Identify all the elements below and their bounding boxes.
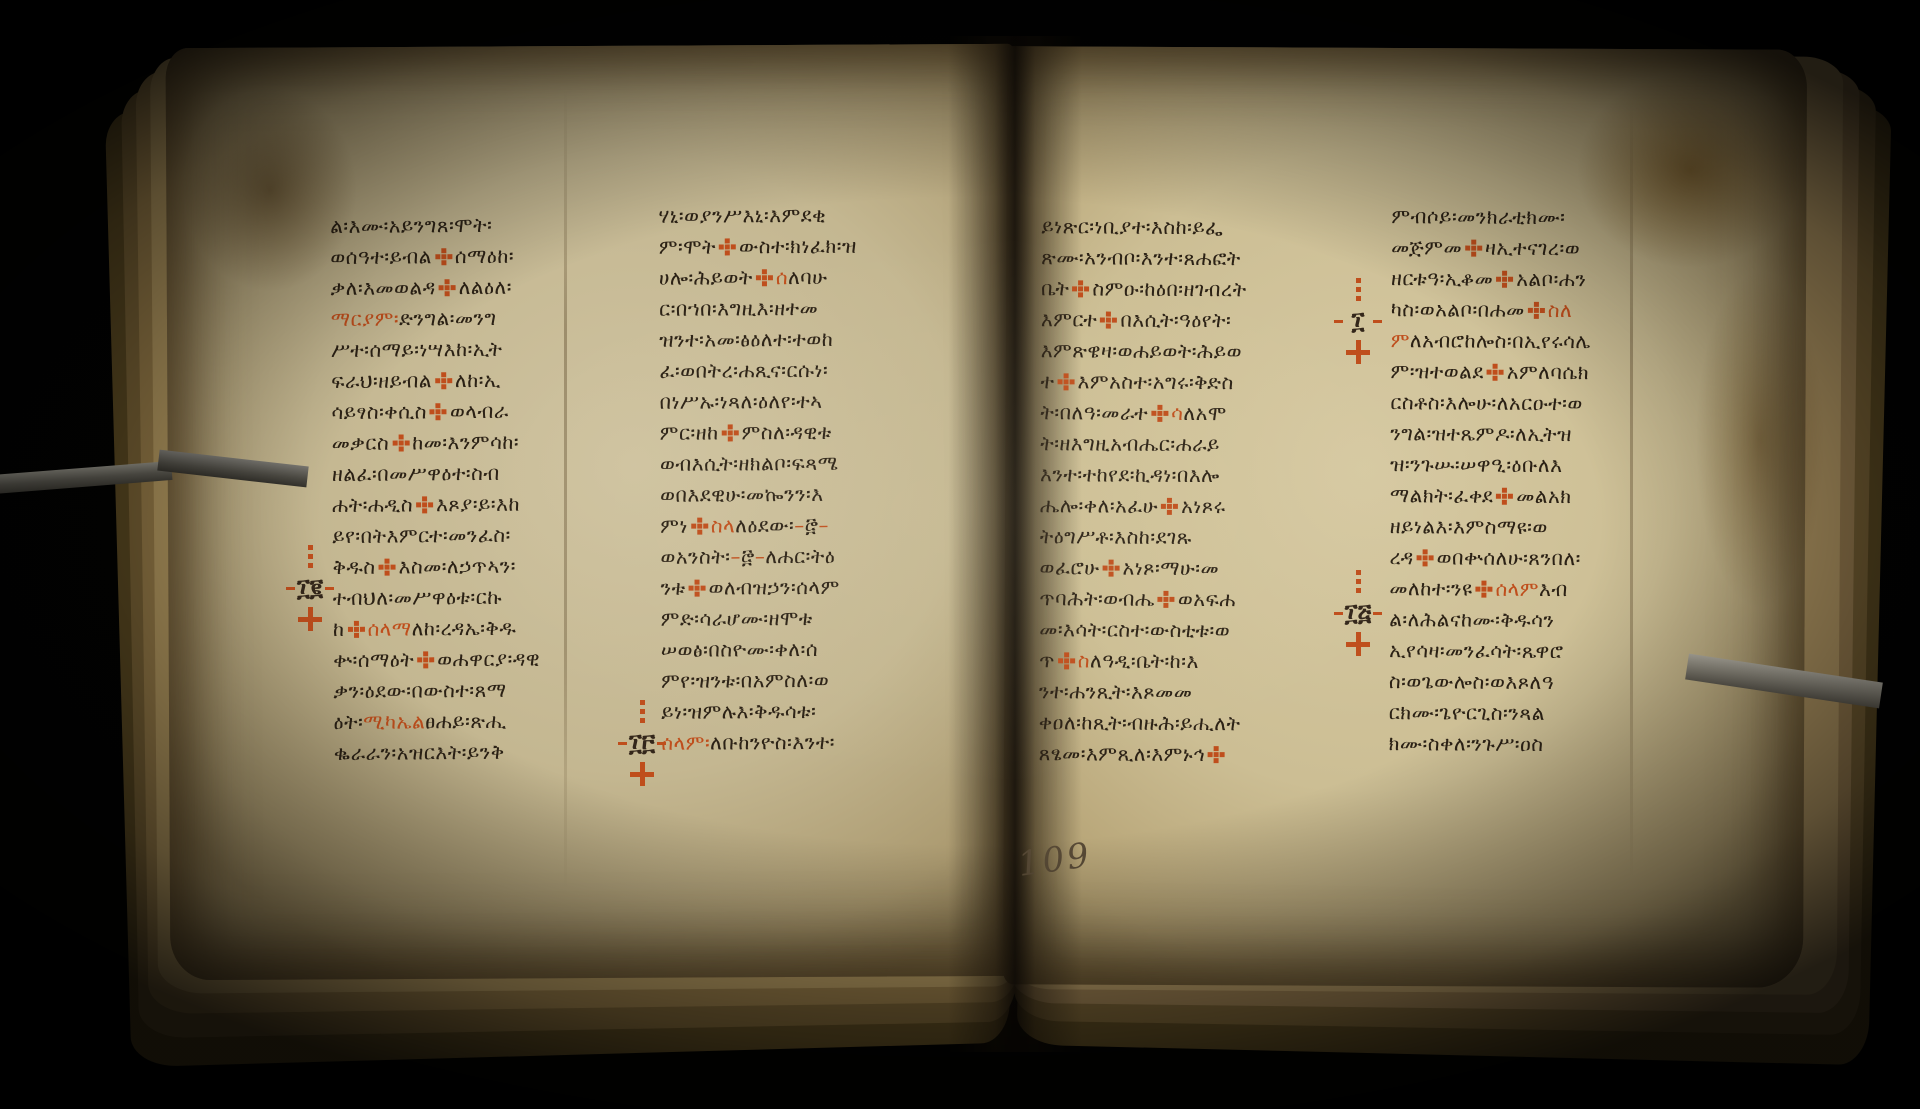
text-line: በነሥኡ፡ነጻለ፡ዕለየ፡ተኣ xyxy=(660,385,966,418)
rubricated-text: ማርያም፡ xyxy=(331,307,399,331)
text-line: ዘልፈ፡በመሥዋዕተ፡ስብ xyxy=(332,457,624,490)
red-cross-divider-icon xyxy=(1534,307,1539,312)
text-line: ሀሎ፡ሕይወትሰለባሁ xyxy=(659,261,965,294)
text-line: እምርተበእሲት፡ዓዕየት፡ xyxy=(1041,304,1343,337)
text-line: ምድ፡ሳራሆሙ፡ዘሞቱ xyxy=(661,602,967,635)
marker-dotted-line-icon xyxy=(1356,278,1361,304)
body-text: ለዓዲ፡ቤት፡ከ፡እ xyxy=(1090,648,1199,673)
red-cross-divider-icon xyxy=(728,430,733,435)
body-text: ሰማዕከ፡ xyxy=(455,244,514,268)
marker-cross-icon xyxy=(1346,632,1370,656)
body-text: መ፡እሳት፡ርስተ፡ውስቲቱ፡ወ xyxy=(1039,617,1230,642)
rubricated-text: – xyxy=(730,544,741,568)
body-text: ቅዱስ xyxy=(332,555,375,579)
red-cross-divider-icon xyxy=(1157,410,1162,415)
body-text: ለከ፡ረዳኤ፡ቅዱ xyxy=(412,616,517,641)
text-line: ይነጽር፡ነቢያተ፡እስከ፡ይፌ xyxy=(1041,211,1343,244)
body-text: ወብእሲት፡ዘክልቦ፡ፍጻሜ xyxy=(660,451,839,476)
red-cross-divider-icon xyxy=(1167,503,1172,508)
text-line: ተብህለ፡መሥዋዕቱ፡ርኩ xyxy=(333,581,625,614)
body-text: ዘልፈ፡በመሥዋዕተ፡ስብ xyxy=(332,461,500,486)
body-text: አምለባሴክ xyxy=(1507,360,1589,384)
red-cross-divider-icon xyxy=(1109,565,1114,570)
red-cross-divider-icon xyxy=(398,440,403,445)
body-text: ሠወፅ፡በስዮሙ፡ቀለ፡ሰ xyxy=(661,637,818,662)
text-line: ል፡ለሕልናከሙ፡ቅዱሳን xyxy=(1389,604,1711,637)
rubricated-text: ስ xyxy=(1078,648,1090,672)
text-line: ት፡ዘእግዚአብሔር፡ሐራይ xyxy=(1040,428,1342,461)
body-text: መለከተ፡ንዩ xyxy=(1389,576,1472,600)
body-text: ፸ xyxy=(805,513,819,537)
section-marker: ፲ xyxy=(1338,278,1378,364)
body-text: ወአፍሐ xyxy=(1178,587,1236,611)
rubricated-text: – xyxy=(818,513,829,537)
body-text: ወበቍሰለሁ፡ጸንበለ፡ xyxy=(1437,545,1581,570)
rubricated-text: ሰላማ xyxy=(367,616,411,640)
body-text: ስ፡ወጌውሎስ፡ወእጾለዓ xyxy=(1389,669,1554,694)
body-text: ውስተ፡ክነፈክ፡ዝ xyxy=(739,234,857,259)
body-text: ዘይነልእ፡እምስማዩ፡ወ xyxy=(1390,514,1548,539)
text-line: ቀዐለ፡ከጺት፡ብዙሕ፡ይሒለት xyxy=(1039,707,1341,740)
red-cross-divider-icon xyxy=(1064,379,1069,384)
text-line: ዘይነልእ፡እምስማዩ፡ወ xyxy=(1390,511,1712,544)
body-text: ም፡ሞት xyxy=(659,235,716,259)
text-line: ዘርቱዓ፡ኢቆመአልቦ፡ሐን xyxy=(1391,263,1713,296)
body-text: ት፡ዘእግዚአብሔር፡ሐራይ xyxy=(1040,431,1220,456)
body-text: ይየ፡በትእምርተ፡መንፈስ፡ xyxy=(332,523,511,548)
body-text: ወላብራ xyxy=(450,399,509,423)
body-text: ወአንስት፡ xyxy=(660,544,730,568)
text-line: ይየ፡በትእምርተ፡መንፈስ፡ xyxy=(332,519,624,552)
body-text: ስምዑ፡ከዕበ፡ዘገብረት xyxy=(1092,276,1246,301)
body-text: ኢየሳዛ፡መንፈሳት፡ጼዋሮ xyxy=(1389,638,1564,663)
body-text: ወሰዓተ፡ይብል xyxy=(330,244,432,269)
text-line: ጽሙ፡አንብቦ፡እንተ፡ጸሐፎት xyxy=(1041,242,1343,275)
red-cross-divider-icon xyxy=(725,244,730,249)
marker-cross-icon xyxy=(298,607,322,631)
body-text: ክሙ፡ስቀለ፡ንጉሥ፡ዐስ xyxy=(1389,731,1544,756)
text-line: ሐት፡ሐዲስእጾያ፡ይ፡እከ xyxy=(332,488,624,521)
text-line: ተእምአስተ፡አግሩ፡ቅድስ xyxy=(1040,366,1342,399)
body-text: ሥተ፡ሰማይ፡ነሣእከ፡ኢት xyxy=(331,337,503,362)
section-number: ፲፭ xyxy=(1338,600,1378,626)
text-line: እምጽዌዛ፡ወሐይወት፡ሕይወ xyxy=(1041,335,1343,368)
text-line: ም፡ዝተወልደአምለባሴክ xyxy=(1390,356,1712,389)
body-text: ወፈሮሁ xyxy=(1040,555,1100,579)
body-text: ዝንተ፡አመ፡ፅዕለተ፡ተወከ xyxy=(659,327,833,352)
section-number: ፲፪ xyxy=(290,575,330,601)
red-cross-divider-icon xyxy=(1481,586,1486,591)
body-text: ዕት፡ xyxy=(334,710,364,734)
body-text: ር፡በኀበ፡እግዚእ፡ዘተመ xyxy=(659,296,818,321)
right-page-column-1: ይነጽር፡ነቢያተ፡እስከ፡ይፌጽሙ፡አንብቦ፡እንተ፡ጸሐፎትቤትስምዑ፡ከዕ… xyxy=(1039,211,1344,771)
text-line: ኢየሳዛ፡መንፈሳት፡ጼዋሮ xyxy=(1389,635,1711,668)
body-text: ለአብሮከሎስ፡በኢየሩሳሌ xyxy=(1410,328,1591,353)
text-line: ክሙ፡ስቀለ፡ንጉሥ፡ዐስ xyxy=(1389,728,1711,761)
body-text: ንግል፡ዝተጼምዶ፡ለኢትዝ xyxy=(1390,421,1572,446)
text-line: ምብሶይ፡መንክራቲክሙ፡ xyxy=(1391,201,1713,234)
text-line: ሰላም፡ለቡከንዮስ፡እንተ፡ xyxy=(661,726,967,759)
body-text: ለቡከንዮስ፡እንተ፡ xyxy=(710,730,835,755)
text-line: ም፡ሞትውስተ፡ክነፈክ፡ዝ xyxy=(659,230,965,263)
left-page-column-1: ል፡እሙ፡አይንግጸ፡ሞት፡ወሰዓተ፡ይብልሰማዕከ፡ቃለ፡እመወልዳለልዕለ፡… xyxy=(330,209,626,769)
text-line: ምለአብሮከሎስ፡በኢየሩሳሌ xyxy=(1391,325,1713,358)
body-text: እብ xyxy=(1539,577,1568,601)
rubricated-text: – xyxy=(755,544,766,568)
body-text: ለከ፡ኢ xyxy=(455,368,501,392)
body-text: ተብህለ፡መሥዋዕቱ፡ርኩ xyxy=(333,585,502,610)
marker-cross-icon xyxy=(630,762,654,786)
red-cross-divider-icon xyxy=(697,523,702,528)
text-line: ቤትስምዑ፡ከዕበ፡ዘገብረት xyxy=(1041,273,1343,306)
body-text: ፀሐይ፡ጽሒ xyxy=(425,709,507,734)
body-text: ምብሶይ፡መንክራቲክሙ፡ xyxy=(1391,204,1565,229)
body-text: ምድ፡ሳራሆሙ፡ዘሞቱ xyxy=(661,606,813,631)
body-text: ወለብዝኃን፡ሰላም xyxy=(708,575,839,600)
text-line: እንተ፡ተከየደ፡ኪዳነ፡በእሎ xyxy=(1040,459,1342,492)
body-text: ም፡ዝተወልደ xyxy=(1391,359,1484,383)
red-cross-divider-icon xyxy=(1064,658,1069,663)
body-text: ፈ፡ወበትረ፡ሐጺና፡ርሱነ፡ xyxy=(659,358,828,383)
body-text: ቈራራን፡አዝርእት፡ይንቅ xyxy=(334,740,505,765)
red-cross-divider-icon xyxy=(1214,752,1219,757)
text-line: ዕት፡ሚካኤልፀሐይ፡ጽሒ xyxy=(334,705,626,738)
text-line: ቈራራን፡አዝርእት፡ይንቅ xyxy=(334,736,626,769)
red-cross-divider-icon xyxy=(436,409,441,414)
text-line: ሔሎ፡ቀለ፡አፈሁአነጾሩ xyxy=(1040,490,1342,523)
section-number: ፲፫ xyxy=(622,730,662,756)
body-text: ቍ፡ሰማዕት xyxy=(333,647,414,672)
text-line: ጸፄመ፡እምጺለ፡እምኑኅ xyxy=(1039,738,1341,771)
red-cross-divider-icon xyxy=(441,254,446,259)
body-text: ለአሞ xyxy=(1183,401,1226,425)
section-marker: ፲፪ xyxy=(290,545,330,631)
red-cross-divider-icon xyxy=(762,275,767,280)
body-text: መጅምመ xyxy=(1391,235,1462,259)
red-cross-divider-icon xyxy=(695,585,700,590)
text-line: ፍራህ፡ዘይብልለከ፡ኢ xyxy=(331,364,623,397)
text-line: ቅዱስእስመ፡ለኃጥኣን፡ xyxy=(332,550,624,583)
red-cross-divider-icon xyxy=(1471,245,1476,250)
body-text: ከመ፡እንምሳከ፡ xyxy=(412,430,519,455)
text-line: ቍ፡ሰማዕትወሐዋርያ፡ዳዊ xyxy=(333,643,625,676)
body-text: ሳይፃስ፡ቀሲስ xyxy=(331,399,427,424)
text-line: ማልክት፡ፈቀደመልአክ xyxy=(1390,480,1712,513)
body-text: እንተ፡ተከየደ፡ኪዳነ፡በእሎ xyxy=(1040,462,1220,487)
body-text: ለሐር፡ትዕ xyxy=(765,544,835,568)
red-cross-divider-icon xyxy=(1493,369,1498,374)
body-text: ለልዕለ፡ xyxy=(459,275,512,299)
marker-dotted-line-icon xyxy=(1356,570,1361,596)
text-line: ወአንስት፡–፸–ለሐር፡ትዕ xyxy=(660,540,966,573)
body-text: ጸፄመ፡እምጺለ፡እምኑኅ xyxy=(1039,741,1206,766)
body-text: አነጾ፡ማሁ፡መ xyxy=(1122,556,1219,581)
body-text: ማልክት፡ፈቀደ xyxy=(1390,483,1493,508)
body-text: ከ xyxy=(333,617,345,641)
body-text: ምነ xyxy=(660,514,688,538)
body-text: ቃን፡ዕደው፡በውስተ፡ጸማ xyxy=(333,678,506,703)
body-text: እስመ፡ለኃጥኣን፡ xyxy=(398,554,516,579)
text-line: ወፈሮሁአነጾ፡ማሁ፡መ xyxy=(1040,552,1342,585)
body-text: ል፡ለሕልናከሙ፡ቅዱሳን xyxy=(1389,607,1554,632)
text-line: ሳይፃስ፡ቀሲስወላብራ xyxy=(331,395,623,428)
body-text: ንተ፡ሐንጺት፡እጾመመ xyxy=(1039,679,1193,704)
text-line: ዝ፡ንጉሡ፡ሠዋዒ፡ዕቡለእ xyxy=(1390,449,1712,482)
text-line: ጥስለዓዲ፡ቤት፡ከ፡እ xyxy=(1039,645,1341,678)
red-cross-divider-icon xyxy=(441,378,446,383)
body-text: ትዕግሥቶ፡እስከ፡ደገጹ xyxy=(1040,524,1192,549)
text-line: ጥባሕት፡ወብሔወአፍሐ xyxy=(1039,583,1341,616)
text-line: ትዕግሥቶ፡እስከ፡ደገጹ xyxy=(1040,521,1342,554)
text-line: ስ፡ወጌውሎስ፡ወእጾለዓ xyxy=(1389,666,1711,699)
section-marker: ፲፭ xyxy=(1338,570,1378,656)
text-line: ወበእደዊሁ፡መኰንን፡እ xyxy=(660,478,966,511)
body-text: ል፡እሙ፡አይንግጸ፡ሞት፡ xyxy=(330,213,492,238)
body-text: እጾያ፡ይ፡እከ xyxy=(436,492,520,517)
body-text: ወሐዋርያ፡ዳዊ xyxy=(437,647,540,672)
red-cross-divider-icon xyxy=(1423,555,1428,560)
red-cross-divider-icon xyxy=(1106,317,1111,322)
body-text: ምር፡ዘከ xyxy=(660,420,719,444)
red-cross-divider-icon xyxy=(1078,286,1083,291)
red-cross-divider-icon xyxy=(1502,276,1507,281)
body-text: ጥ xyxy=(1039,648,1055,672)
rubricated-text: ሚካኤል xyxy=(363,709,425,733)
body-text: ጽሙ፡አንብቦ፡እንተ፡ጸሐፎት xyxy=(1041,245,1241,270)
body-text: ወበእደዊሁ፡መኰንን፡እ xyxy=(660,482,824,507)
body-text: ለባሁ xyxy=(788,265,828,289)
text-line: ምየ፡ዝንቱ፡በአምስለ፡ወ xyxy=(661,664,967,697)
text-line: ዝንተ፡አመ፡ፅዕለተ፡ተወከ xyxy=(659,323,965,356)
body-text: አነጾሩ xyxy=(1181,494,1226,518)
rubricated-text: ሰላም xyxy=(1495,577,1539,601)
text-line: ት፡በለዓ፡መራተሳለአሞ xyxy=(1040,397,1342,430)
body-text: ርስቶስ፡እሎሁ፡ለአርዑተ፡ወ xyxy=(1390,390,1582,415)
body-text: ሀሎ፡ሕይወት xyxy=(659,265,753,289)
section-number: ፲ xyxy=(1338,308,1378,334)
red-cross-divider-icon xyxy=(1502,493,1507,498)
text-line: መ፡እሳት፡ርስተ፡ውስቲቱ፡ወ xyxy=(1039,614,1341,647)
body-text: ጥባሕት፡ወብሔ xyxy=(1039,586,1155,611)
body-text: ት፡በለዓ፡መራተ xyxy=(1040,400,1148,425)
body-text: ለዕደው፡ xyxy=(735,513,794,537)
text-line: ር፡በኀበ፡እግዚእ፡ዘተመ xyxy=(659,292,965,325)
text-line: ሥተ፡ሰማይ፡ነሣእከ፡ኢት xyxy=(331,333,623,366)
body-text: እምርተ xyxy=(1041,307,1098,331)
body-text: ምየ፡ዝንቱ፡በአምስለ፡ወ xyxy=(661,668,829,693)
body-text: ረዳ xyxy=(1390,545,1414,569)
body-text: በነሥኡ፡ነጻለ፡ዕለየ፡ተኣ xyxy=(660,389,823,414)
text-line: ርክሙ፡ጌዮርጊስ፡ንጻል xyxy=(1389,697,1711,730)
body-text: ቃለ፡እመወልዳ xyxy=(331,275,436,300)
right-page-column-2: ምብሶይ፡መንክራቲክሙ፡መጅምመዛኢተናገረ፡ወዘርቱዓ፡ኢቆመአልቦ፡ሐንካ… xyxy=(1389,201,1714,761)
body-text: ንቱ xyxy=(661,576,686,600)
marker-dotted-line-icon xyxy=(640,700,645,726)
text-line: መለከተ፡ንዩሰላምእብ xyxy=(1389,573,1711,606)
body-text: ፸ xyxy=(741,544,755,568)
body-text: ተ xyxy=(1041,369,1055,393)
red-cross-divider-icon xyxy=(423,657,428,662)
body-text: ምስለ፡ዳዊቱ xyxy=(742,420,832,444)
section-marker: ፲፫ xyxy=(622,700,662,786)
body-text: ይነ፡ዝምሉእ፡ቅዱሳቱ፡ xyxy=(661,699,816,724)
body-text: ቤት xyxy=(1041,276,1069,300)
text-line: ንግል፡ዝተጼምዶ፡ለኢትዝ xyxy=(1390,418,1712,451)
text-line: ፈ፡ወበትረ፡ሐጺና፡ርሱነ፡ xyxy=(659,354,965,387)
text-line: ሠወፅ፡በስዮሙ፡ቀለ፡ሰ xyxy=(661,633,967,666)
text-line: ርስቶስ፡እሎሁ፡ለአርዑተ፡ወ xyxy=(1390,387,1712,420)
body-text: መቃርስ xyxy=(332,431,390,455)
text-line: ቃን፡ዕደው፡በውስተ፡ጸማ xyxy=(333,674,625,707)
marker-dotted-line-icon xyxy=(308,545,313,571)
body-text: ዛኢተናገረ፡ወ xyxy=(1485,236,1580,260)
rubricated-text: ሳ xyxy=(1171,401,1183,425)
rubricated-text: ሰ xyxy=(776,265,788,289)
red-cross-divider-icon xyxy=(445,285,450,290)
text-line: ምነስላለዕደው፡–፸– xyxy=(660,509,966,542)
body-text: ዘርቱዓ፡ኢቆመ xyxy=(1391,266,1493,291)
body-text: ፍራህ፡ዘይብል xyxy=(331,368,432,393)
text-line: ወሰዓተ፡ይብልሰማዕከ፡ xyxy=(330,240,622,273)
rubricated-text: ስለ xyxy=(1548,298,1573,322)
red-cross-divider-icon xyxy=(385,564,390,569)
body-text: ሐት፡ሐዲስ xyxy=(332,492,413,517)
body-text: በእሲት፡ዓዕየት፡ xyxy=(1120,308,1231,333)
text-line: ሃኒ፡ወያንሥእኒ፡እምደቂ xyxy=(659,199,965,232)
body-text: ቀዐለ፡ከጺት፡ብዙሕ፡ይሒለት xyxy=(1039,710,1241,735)
body-text: እምአስተ፡አግሩ፡ቅድስ xyxy=(1078,369,1234,394)
text-line: መቃርስከመ፡እንምሳከ፡ xyxy=(332,426,624,459)
body-text: ካስ፡ወአልቦ፡በሐመ xyxy=(1391,297,1525,322)
text-line: ል፡እሙ፡አይንግጸ፡ሞት፡ xyxy=(330,209,622,242)
rubricated-text: ስላ xyxy=(711,513,736,537)
text-line: መጅምመዛኢተናገረ፡ወ xyxy=(1391,232,1713,265)
body-text: አልቦ፡ሐን xyxy=(1516,267,1586,291)
body-text: ሃኒ፡ወያንሥእኒ፡እምደቂ xyxy=(659,203,827,228)
rubricated-text: – xyxy=(794,513,805,537)
text-line: ረዳወበቍሰለሁ፡ጸንበለ፡ xyxy=(1390,542,1712,575)
rubricated-text: ም xyxy=(1391,328,1410,352)
text-line: ምር፡ዘከምስለ፡ዳዊቱ xyxy=(660,416,966,449)
left-page-column-2: ሃኒ፡ወያንሥእኒ፡እምደቂም፡ሞትውስተ፡ክነፈክ፡ዝሀሎ፡ሕይወትሰለባሁር… xyxy=(659,199,968,759)
body-text: ዝ፡ንጉሡ፡ሠዋዒ፡ዕቡለእ xyxy=(1390,452,1563,477)
text-line: ይነ፡ዝምሉእ፡ቅዱሳቱ፡ xyxy=(661,695,967,728)
text-line: ካስ፡ወአልቦ፡በሐመስለ xyxy=(1391,294,1713,327)
body-text: መልአክ xyxy=(1516,484,1571,508)
text-line: ወብእሲት፡ዘክልቦ፡ፍጻሜ xyxy=(660,447,966,480)
body-text: ድንግል፡መንግ xyxy=(399,306,497,331)
red-cross-divider-icon xyxy=(1164,596,1169,601)
body-text: ርክሙ፡ጌዮርጊስ፡ንጻል xyxy=(1389,700,1545,725)
marker-cross-icon xyxy=(1346,340,1370,364)
text-line: ንቱወለብዝኃን፡ሰላም xyxy=(660,571,966,604)
text-line: ቃለ፡እመወልዳለልዕለ፡ xyxy=(330,271,622,304)
body-text: ይነጽር፡ነቢያተ፡እስከ፡ይፌ xyxy=(1041,214,1223,239)
red-cross-divider-icon xyxy=(354,626,359,631)
text-line: ማርያም፡ድንግል፡መንግ xyxy=(331,302,623,335)
text-line: ከሰላማለከ፡ረዳኤ፡ቅዱ xyxy=(333,612,625,645)
manuscript-photo-scene: ል፡እሙ፡አይንግጸ፡ሞት፡ወሰዓተ፡ይብልሰማዕከ፡ቃለ፡እመወልዳለልዕለ፡… xyxy=(0,0,1920,1109)
body-text: ሔሎ፡ቀለ፡አፈሁ xyxy=(1040,493,1158,518)
rubricated-text: ሰላም፡ xyxy=(661,731,710,755)
text-line: ንተ፡ሐንጺት፡እጾመመ xyxy=(1039,676,1341,709)
body-text: እምጽዌዛ፡ወሐይወት፡ሕይወ xyxy=(1041,338,1242,363)
red-cross-divider-icon xyxy=(422,502,427,507)
